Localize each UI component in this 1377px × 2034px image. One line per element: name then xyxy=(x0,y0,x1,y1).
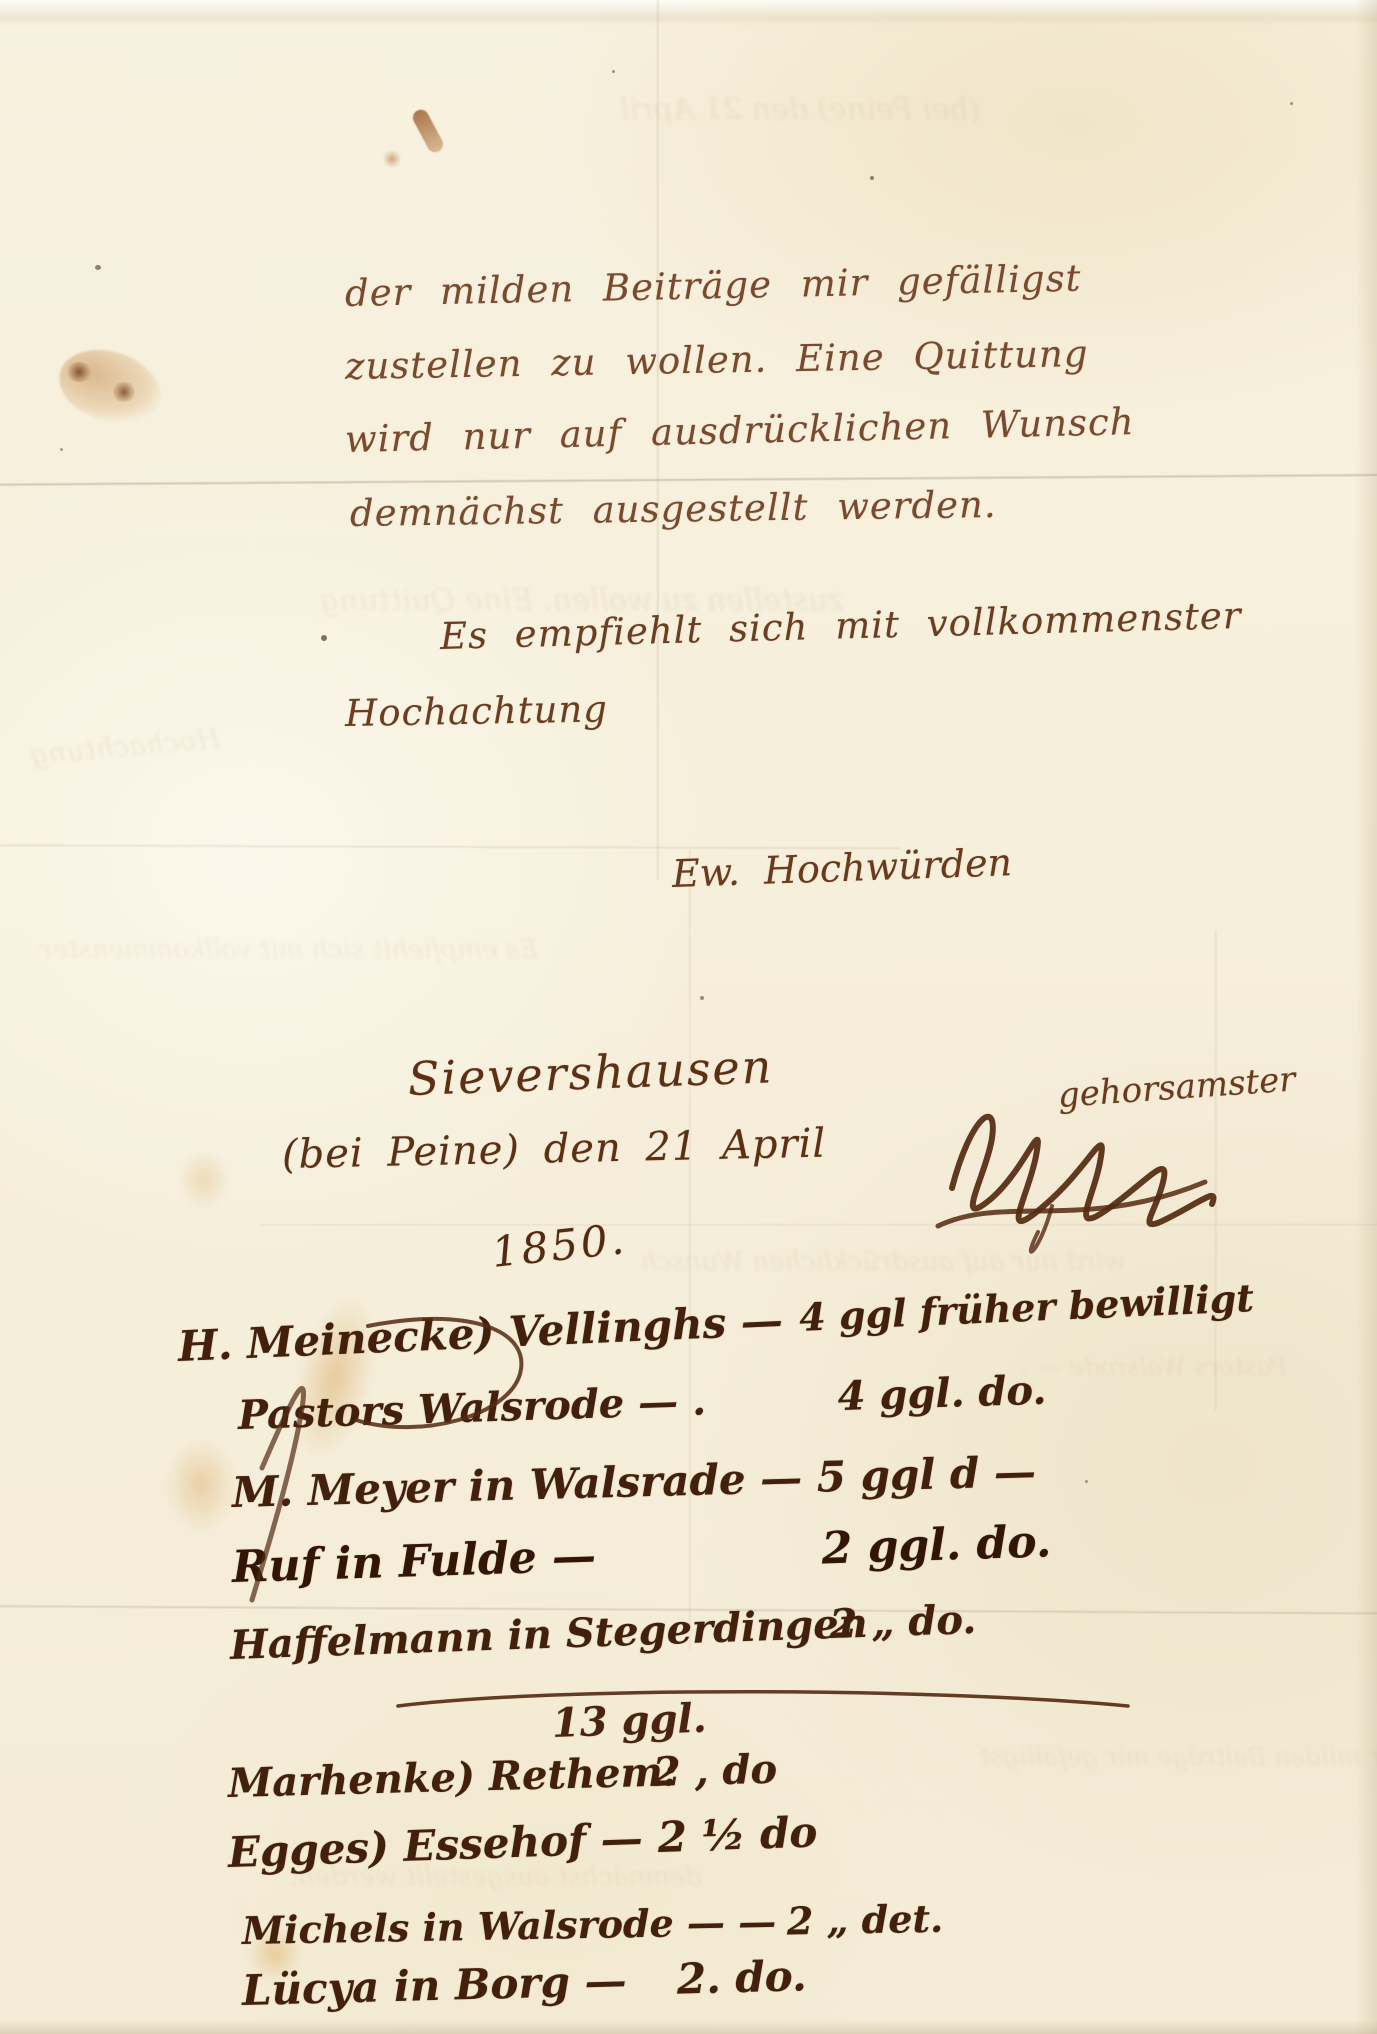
entry-amount: 2 „ do. xyxy=(829,1596,977,1648)
body-line: zustellen zu wollen. Eine Quittung xyxy=(345,332,1089,388)
ink-speck xyxy=(700,996,704,1000)
dateline-year: 1850. xyxy=(489,1214,629,1277)
bleed-through-text: der milden Beiträge mir gefälligst xyxy=(980,1742,1377,1771)
list-item: M. Meyer in Walsrade — 5 ggl d — xyxy=(231,1453,802,1517)
fold-crease-vertical-3 xyxy=(1214,930,1218,1410)
entry-name: H. Meinecke) Vellinghs — xyxy=(177,1296,784,1371)
entry-amount: 2 ½ do xyxy=(657,1807,818,1862)
signature-scrawl xyxy=(952,1117,1214,1224)
entry-amount: 4 ggl früher bewilligt xyxy=(798,1275,1254,1340)
ink-smudge xyxy=(382,150,402,168)
entry-name: Haffelmann in Stegerdingen xyxy=(229,1600,868,1669)
ink-speck xyxy=(95,265,101,270)
fold-crease-horizontal-3 xyxy=(260,1223,1377,1227)
ink-smudge xyxy=(410,107,446,155)
paper-edge-bottom xyxy=(0,2020,1377,2034)
entry-name: Lücya in Borg — xyxy=(241,1956,627,2015)
list-item: Marhenke) Rethem: 2 , do xyxy=(227,1748,678,1807)
entry-amount: 2. do. xyxy=(676,1951,807,2003)
body-line: wird nur auf ausdrücklichen Wunsch xyxy=(345,400,1136,461)
entry-amount: 5 ggl d — xyxy=(816,1447,1036,1502)
ink-speck xyxy=(60,448,63,451)
ink-speck xyxy=(870,176,874,180)
valediction: gehorsamster xyxy=(1057,1059,1297,1116)
tan-stain xyxy=(178,1150,230,1210)
entry-name: Pastors Walsrode — . xyxy=(237,1377,706,1439)
bleed-through-text: Es empfiehlt sich mit vollkommenster xyxy=(40,935,538,965)
ink-stain-dark-spot xyxy=(112,382,136,402)
entry-name: Marhenke) Rethem: xyxy=(227,1748,678,1807)
list-item: H. Meinecke) Vellinghs — 4 ggl früher be… xyxy=(177,1296,784,1371)
tan-stain xyxy=(165,1438,237,1533)
letter-page: (bei Peine) den 21 April zustellen zu wo… xyxy=(0,0,1377,2034)
body-line: der milden Beiträge mir gefälligst xyxy=(345,257,1082,315)
fold-crease-horizontal-1 xyxy=(0,473,1377,487)
entry-amount: 2 ggl. do. xyxy=(821,1516,1052,1574)
salutation: Ew. Hochwürden xyxy=(671,840,1012,896)
dateline-date: (bei Peine) den 21 April xyxy=(282,1121,827,1178)
entry-name: Ruf in Fulde — xyxy=(231,1531,597,1593)
list-item: Pastors Walsrode — . 4 ggl. do. xyxy=(237,1377,706,1439)
bleed-through-text: Hochachtung xyxy=(29,722,222,771)
ink-speck xyxy=(1085,1480,1088,1483)
signature-descender xyxy=(1031,1206,1052,1252)
ink-speck xyxy=(1290,102,1293,105)
bleed-through-text: Pastors Walsrode — . xyxy=(1020,1352,1287,1381)
ink-stain xyxy=(50,338,171,437)
ink-speck xyxy=(612,70,615,73)
entry-name: Michels in Walsrode — — xyxy=(242,1899,777,1953)
ink-stain-dark-spot xyxy=(66,362,92,382)
entry-amount: 4 ggl. do. xyxy=(837,1367,1047,1421)
signature-cross-stroke xyxy=(938,1182,1205,1226)
list-item: Haffelmann in Stegerdingen 2 „ do. xyxy=(229,1600,868,1669)
bleed-through-text: (bei Peine) den 21 April xyxy=(620,92,980,127)
list-item: Ruf in Fulde — 2 ggl. do. xyxy=(231,1531,597,1593)
paper-edge-right xyxy=(1355,0,1377,2034)
body-line: demnächst ausgestellt werden. xyxy=(350,483,997,535)
body-line: Hochachtung xyxy=(345,687,609,735)
paper-edge-top xyxy=(0,0,1377,26)
entry-name: M. Meyer in Walsrade — xyxy=(231,1453,802,1517)
entry-amount: 2 „ det. xyxy=(787,1896,944,1944)
subtotal-rule xyxy=(398,1692,1128,1706)
entry-amount: 2 , do xyxy=(652,1746,777,1796)
list-item: Michels in Walsrode — — 2 „ det. xyxy=(242,1899,777,1953)
bleed-through-text: wird nur auf ausdrücklichen Wunsch xyxy=(640,1247,1126,1277)
list-subtotal: 13 ggl. xyxy=(551,1695,707,1747)
ink-speck xyxy=(321,635,327,641)
dateline-place: Sievershausen xyxy=(407,1039,774,1106)
list-item: Lücya in Borg — 2. do. xyxy=(241,1956,627,2015)
